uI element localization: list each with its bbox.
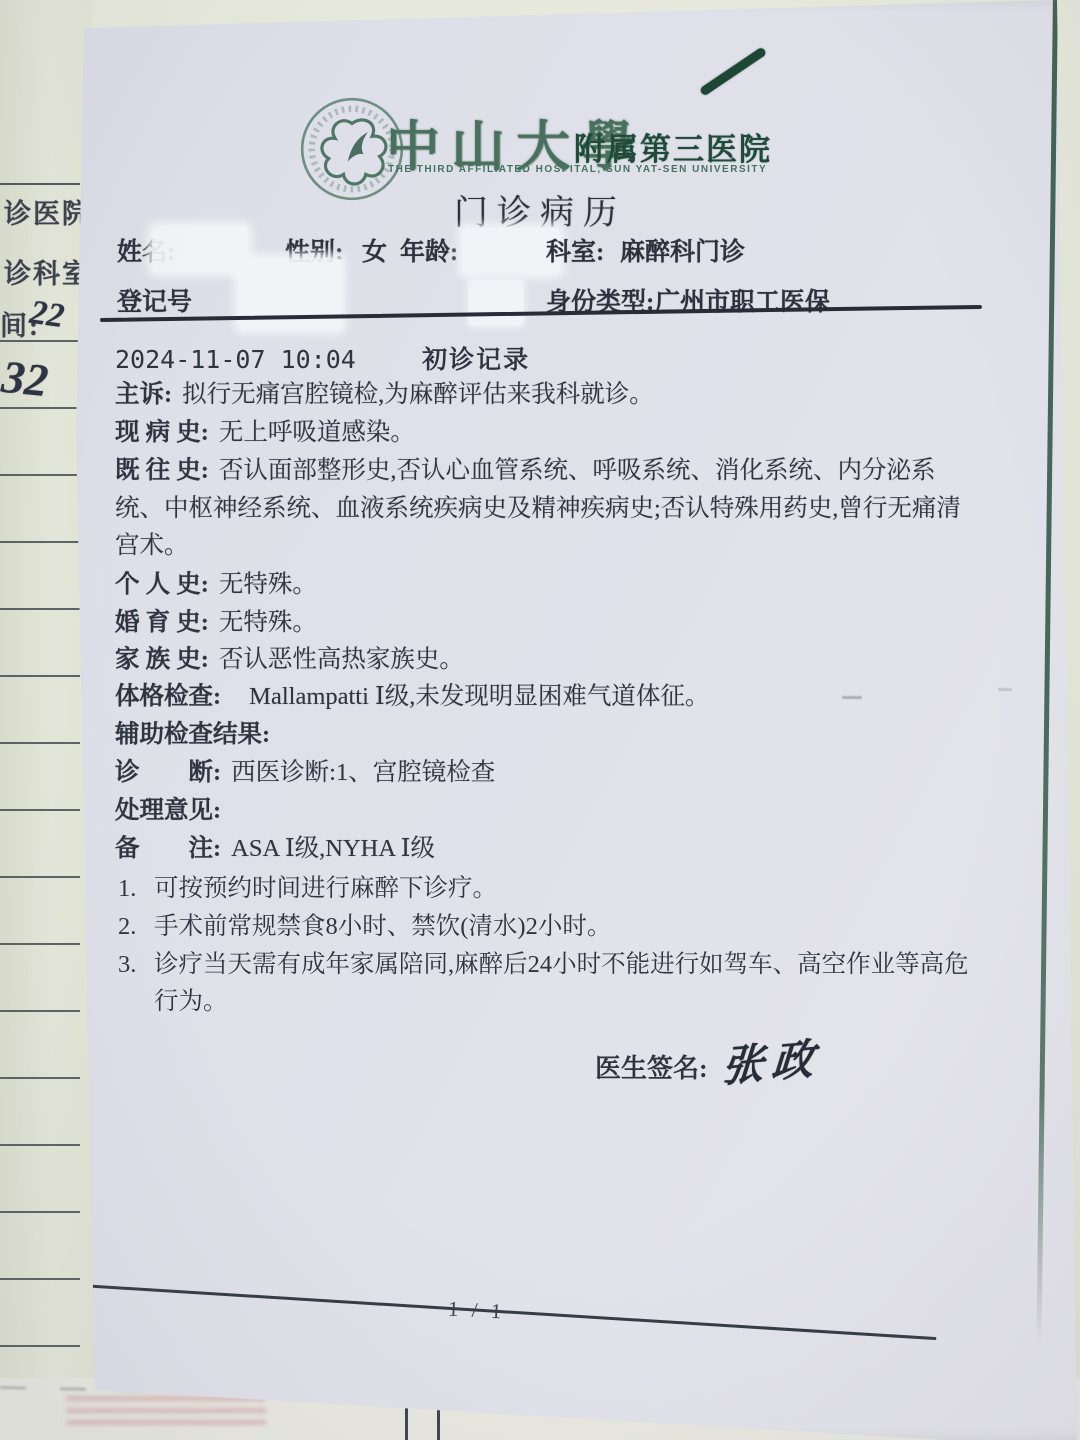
section-present-illness: 现 病 史:无上呼吸道感染。 [115,414,977,452]
photo-of-medical-record: { "header": { "university_name": "中山大學",… [0,0,1080,1440]
section-auxiliary-exam: 辅助检查结果: [115,716,977,754]
section-label: 既 往 史: [115,457,209,484]
footer-line [80,1284,937,1340]
side-rule-line [0,183,80,185]
registration-number-label: 登记号 [117,282,192,318]
visit-heading: 2024-11-07 10:04 初诊记录 [115,340,530,376]
age-label: 年龄: [400,232,458,268]
redaction-patch [468,280,524,326]
section-marital-history: 婚 育 史:无特殊。 [115,604,977,642]
instruction-text: 手术前常规禁食8小时、禁饮(清水)2小时。 [154,908,972,945]
side-doc-text-hospital: 诊医院 [4,192,91,231]
section-family-history: 家 族 史:否认恶性高热家族史。 [115,641,977,679]
page-right-edge [1036,0,1058,1402]
section-label: 婚 育 史: [115,609,209,636]
section-text: Mallampatti Ⅰ级,未发现明显困难气道体征。 [249,683,709,710]
section-remarks: 备 注:ASA Ⅰ级,NYHA Ⅰ级 [115,830,977,868]
section-label: 备 注: [115,835,221,862]
outpatient-record-page: 中山大學 附属第三医院 THE THIRD AFFILIATED HOSPITA… [0,0,1080,1440]
redaction-patch-name [152,226,248,272]
section-diagnosis: 诊 断:西医诊断:1、宫腔镜检查 [115,754,977,792]
side-rule-lines [0,340,80,1380]
section-chief-complaint: 主诉:拟行无痛宫腔镜检,为麻醉评估来我科就诊。 [115,376,977,414]
lower-sheet-red-stamp-smudge [66,1396,266,1432]
instruction-number: 3. [118,946,154,983]
instruction-item: 2.手术前常规禁食8小时、禁饮(清水)2小时。 [118,908,978,945]
section-label: 现 病 史: [115,419,209,446]
section-text: 否认面部整形史,否认心血管系统、呼吸系统、消化系统、内分泌系统、中枢神经系统、血… [115,457,961,559]
instruction-text: 诊疗当天需有成年家属陪同,麻醉后24小时不能进行如驾车、高空作业等高危行为。 [154,946,972,1020]
department-label: 科室: [546,232,604,268]
instruction-number: 1. [118,870,154,907]
section-label: 诊 断: [115,759,221,786]
section-label: 处理意见: [115,797,221,824]
section-treatment-opinion: 处理意见: [115,792,977,830]
underlying-side-document: 诊医院 诊科室 间: 22 32 [0,0,92,1440]
doctor-signature-handwriting: 张政 [720,1025,824,1094]
hospital-english-name: THE THIRD AFFILIATED HOSPITAL, SUN YAT-S… [388,164,767,175]
page-number: 1 / 1 [447,1297,506,1325]
section-label: 主诉: [115,381,172,408]
instruction-item: 3.诊疗当天需有成年家属陪同,麻醉后24小时不能进行如驾车、高空作业等高危行为。 [118,946,978,1020]
instruction-item: 1.可按预约时间进行麻醉下诊疗。 [118,870,978,907]
section-label: 个 人 史: [115,571,209,598]
green-pen-check-mark [699,47,767,97]
section-text: 西医诊断:1、宫腔镜检查 [231,759,495,786]
section-text: 无特殊。 [219,609,317,636]
section-label: 辅助检查结果: [115,721,270,748]
visit-datetime: 2024-11-07 10:04 [115,345,356,374]
handwritten-number: 32 [0,350,51,408]
stray-mark [842,696,862,699]
section-text: 无特殊。 [219,571,317,598]
section-text: ASA Ⅰ级,NYHA Ⅰ级 [231,835,435,862]
record-type-label: 初诊记录 [422,347,530,374]
instruction-text: 可按预约时间进行麻醉下诊疗。 [154,870,972,907]
section-text: 拟行无痛宫腔镜检,为麻醉评估来我科就诊。 [182,381,654,408]
stray-mark [998,688,1012,691]
hospital-branch-name: 附属第三医院 [574,124,772,169]
side-doc-text-department: 诊科室 [4,252,91,291]
header-divider-line [100,305,982,322]
section-text: 否认恶性高热家族史。 [219,646,464,673]
document-title: 门诊病历 [420,185,660,234]
section-personal-history: 个 人 史:无特殊。 [115,566,977,604]
doctor-signature-row: 医生签名:张政 [595,1030,822,1090]
handwritten-number: 22 [28,294,67,336]
department-value: 麻醉科门诊 [620,232,745,268]
section-label: 体格检查: [115,683,221,710]
instruction-number: 2. [118,908,154,945]
section-past-history: 既 往 史:否认面部整形史,否认心血管系统、呼吸系统、消化系统、内分泌系统、中枢… [115,452,977,565]
section-label: 家 族 史: [115,646,209,673]
section-text: 无上呼吸道感染。 [219,419,415,446]
gender-value: 女 [362,232,387,268]
doctor-signature-label: 医生签名: [595,1054,708,1083]
